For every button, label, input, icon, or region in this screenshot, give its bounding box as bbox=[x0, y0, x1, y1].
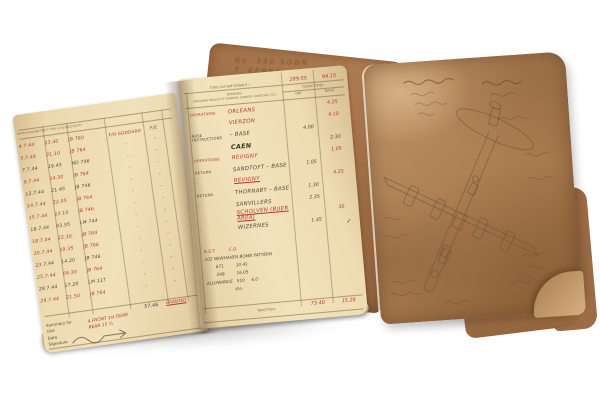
cell-duty: ″ bbox=[160, 243, 181, 251]
cell-hour: 13.10 bbox=[54, 209, 78, 217]
cell-duty: ″ bbox=[162, 255, 183, 263]
right-page-entries: OPERATIONS ORLEANS 4.25 ″ VIERZON 4.10 B… bbox=[190, 96, 357, 237]
cell-date: 18.7.44 bbox=[32, 236, 58, 245]
cell-date: 12.7.44 bbox=[25, 188, 51, 197]
cell-night-time bbox=[328, 194, 354, 196]
cell-hour: 14.20 bbox=[61, 256, 85, 264]
cell-duty-type: RETURN bbox=[195, 168, 233, 175]
cell-date: 18.7.44 bbox=[30, 224, 56, 233]
green-tick: ✓ bbox=[346, 217, 353, 225]
cell-date: 14.7.44 bbox=[27, 200, 53, 209]
pencil-handwriting-squiggles bbox=[373, 72, 560, 309]
cell-date: 5.7.44 bbox=[20, 153, 46, 162]
cell-date: 7.7.44 bbox=[22, 165, 48, 174]
bottom-rule bbox=[204, 308, 363, 323]
cell-day-time bbox=[298, 150, 324, 152]
cell-night-time: 4.10 bbox=[320, 111, 346, 118]
cell-hour: 21.10 bbox=[46, 149, 70, 157]
bomber-drawing bbox=[379, 96, 548, 294]
cell-day-time bbox=[294, 104, 320, 106]
cell-hour: 19.45 bbox=[48, 161, 72, 169]
total-day-value: 73.40 bbox=[303, 299, 333, 308]
cell-night-time: 1.05 bbox=[323, 146, 349, 153]
cell-duty: ″ bbox=[165, 279, 186, 287]
cell-day-time: 1.30 bbox=[300, 183, 326, 190]
cell-duty: ″ bbox=[157, 219, 178, 227]
cell-hour: 17.20 bbox=[64, 280, 88, 288]
cell-date: 23.7.44 bbox=[35, 260, 61, 269]
cell-duty-type: ″ bbox=[198, 203, 236, 210]
column-header-label: DUTY bbox=[74, 123, 83, 128]
right-page-notes: A.S.T. C.O.102 NEWHAVEN BOMB PATTERN 671… bbox=[204, 235, 358, 296]
aircraft-sketch bbox=[369, 57, 578, 320]
cell-night-time: 4.25 bbox=[319, 99, 345, 106]
cell-duty: F/E bbox=[143, 124, 164, 132]
cell-duty-type: OPERATIONS bbox=[190, 110, 228, 117]
left-page-total: 57.46 bbox=[144, 302, 159, 310]
cell-duty: ″ bbox=[155, 207, 176, 215]
logbook-left-page: DATEHOURAIRCRAFT TYPE & NO.PILOTDUTY 4.7… bbox=[12, 93, 208, 353]
cell-day-time bbox=[297, 139, 323, 141]
logbook-right-page: Time carried forward :- 289.55 94.15 FLY… bbox=[179, 65, 368, 329]
cell-hour: 21.45 bbox=[51, 185, 75, 193]
notebook-cover-with-sketch bbox=[363, 51, 583, 324]
cell-duty: ″ bbox=[147, 148, 168, 156]
cell-duty-type: ″ bbox=[196, 180, 234, 187]
cell-hour: 22.30 bbox=[58, 233, 82, 241]
cell-night-time bbox=[327, 183, 353, 185]
cell-night-time: 2.30 bbox=[322, 134, 348, 141]
cell-night-time bbox=[325, 160, 351, 162]
cell-duty: ″ bbox=[158, 231, 179, 239]
cell-day-time: 1.45 bbox=[304, 217, 330, 224]
cell-date: 9.7.44 bbox=[23, 177, 49, 186]
cell-date: 28.7.44 bbox=[38, 283, 64, 292]
cell-duty-type: OPERATIONS bbox=[194, 156, 232, 163]
cell-duty: ″ bbox=[150, 172, 171, 180]
cell-hour: 19.35 bbox=[59, 245, 83, 253]
cell-hour: 22.05 bbox=[53, 197, 77, 205]
cell-date: 29.7.44 bbox=[40, 295, 66, 304]
open-logbook: DATEHOURAIRCRAFT TYPE & NO.PILOTDUTY 4.7… bbox=[15, 63, 378, 369]
cell-duty-type: RETURN bbox=[197, 191, 235, 198]
cell-duty: ″ bbox=[153, 195, 174, 203]
cell-day-time: 4.00 bbox=[295, 125, 321, 132]
cell-day-time bbox=[300, 174, 326, 176]
cell-date: 20.7.44 bbox=[33, 248, 59, 257]
cell-day-time: 2.35 bbox=[301, 194, 327, 201]
cell-duty: ″ bbox=[152, 184, 173, 192]
cell-date: 15.7.44 bbox=[28, 212, 54, 221]
cell-hour: 14.30 bbox=[49, 173, 73, 181]
left-page-entries: 4.7.44 23.40 JB 760 F/O GODDARD F/E 5.7.… bbox=[18, 119, 200, 308]
cell-duty-type: ″ bbox=[191, 122, 229, 129]
cell-duty-type: ″ bbox=[200, 226, 238, 233]
cell-hour: 03.55 bbox=[56, 221, 80, 229]
cell-duty: ″ bbox=[163, 267, 184, 275]
cell-night-time bbox=[322, 125, 348, 127]
total-night-value: 15.28 bbox=[335, 296, 363, 304]
cell-hour: 21.50 bbox=[66, 292, 90, 300]
cell-night-time: 4.25 bbox=[325, 169, 351, 176]
photo-of-documents: No. 550 SQDN T. KENNY bbox=[0, 0, 600, 400]
cell-duty-type bbox=[199, 216, 237, 219]
cell-hour: 23.40 bbox=[44, 138, 68, 146]
cell-date: 25.7.44 bbox=[37, 272, 63, 281]
cell-day-time bbox=[295, 116, 321, 118]
cell-duty-type bbox=[193, 147, 231, 150]
cell-day-time bbox=[303, 208, 329, 210]
total-time-label: Total Time bbox=[257, 307, 276, 313]
cell-day-time: 1.05 bbox=[298, 159, 324, 166]
cell-night-time: 30 bbox=[328, 203, 354, 210]
cell-pilot: ″ bbox=[127, 281, 165, 291]
cell-aircraft: JB 764 bbox=[90, 287, 128, 297]
cell-date: 4.7.44 bbox=[18, 141, 44, 150]
cell-duty: ″ bbox=[148, 160, 169, 168]
cell-duty: ″ bbox=[145, 136, 166, 144]
cell-hour: 09.30 bbox=[63, 268, 87, 276]
